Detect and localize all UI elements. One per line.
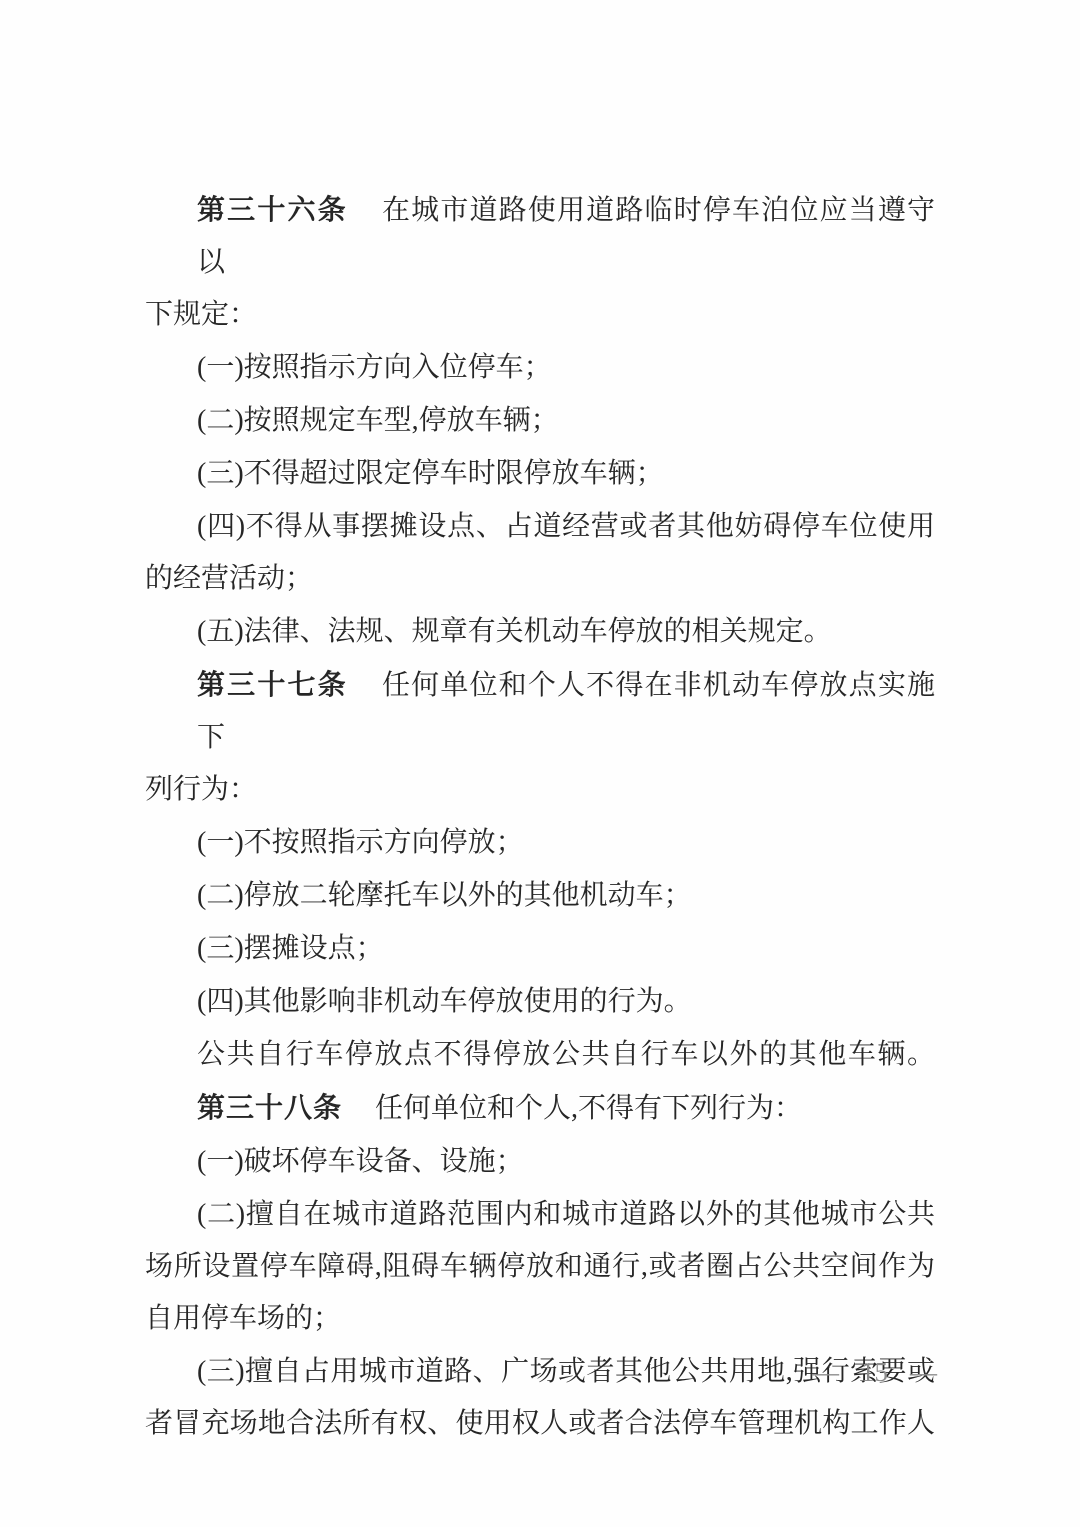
- text-line: (四)其他影响非机动车停放使用的行为。: [145, 976, 935, 1028]
- line-text: (四)其他影响非机动车停放使用的行为。: [197, 986, 692, 1017]
- line-text: 自用停车场的；: [145, 1303, 341, 1334]
- paragraph: 第三十八条 任何单位和个人,不得有下列行为：: [145, 1082, 935, 1135]
- paragraph: (三)摆摊设点；: [145, 923, 935, 975]
- text-line: 的经营活动；: [145, 553, 935, 605]
- footer-dash-left: —: [812, 1357, 839, 1388]
- line-text: (二)擅自在城市道路范围内和城市道路以外的其他城市公共: [197, 1199, 935, 1230]
- text-line: 下规定：: [145, 289, 935, 341]
- line-text: (一)不按照指示方向停放；: [197, 827, 524, 858]
- paragraph: 公共自行车停放点不得停放公共自行车以外的其他车辆。: [145, 1029, 935, 1081]
- text-line: (二)按照规定车型,停放车辆；: [145, 395, 935, 447]
- text-line: 自用停车场的；: [145, 1293, 935, 1345]
- text-line: (二)擅自在城市道路范围内和城市道路以外的其他城市公共: [145, 1189, 935, 1241]
- document-body: 第三十六条 在城市道路使用道路临时停车泊位应当遵守以 下规定： (一)按照指示方…: [145, 184, 935, 1451]
- paragraph: (一)不按照指示方向停放；: [145, 817, 935, 869]
- text-line: (一)不按照指示方向停放；: [145, 817, 935, 869]
- document-page: 第三十六条 在城市道路使用道路临时停车泊位应当遵守以 下规定： (一)按照指示方…: [0, 0, 1080, 1527]
- text-line: (五)法律、法规、规章有关机动车停放的相关规定。: [145, 606, 935, 658]
- line-text: (一)按照指示方向入位停车；: [197, 352, 552, 383]
- text-line: (三)不得超过限定停车时限停放车辆；: [145, 448, 935, 500]
- article-number: 第三十六条: [197, 194, 348, 225]
- paragraph: (四)不得从事摆摊设点、占道经营或者其他妨碍停车位使用 的经营活动；: [145, 501, 935, 605]
- text-line: (一)按照指示方向入位停车；: [145, 342, 935, 394]
- text-line: (二)停放二轮摩托车以外的其他机动车；: [145, 870, 935, 922]
- line-text: 任何单位和个人,不得有下列行为：: [375, 1093, 802, 1124]
- line-text: 者冒充场地合法所有权、使用权人或者合法停车管理机构工作人: [145, 1408, 935, 1439]
- paragraph: (五)法律、法规、规章有关机动车停放的相关规定。: [145, 606, 935, 658]
- line-text: 下规定：: [145, 299, 257, 330]
- line-text: (二)按照规定车型,停放车辆；: [197, 405, 559, 436]
- paragraph: (四)其他影响非机动车停放使用的行为。: [145, 976, 935, 1028]
- line-text: (一)破坏停车设备、设施；: [197, 1146, 524, 1177]
- line-text: (二)停放二轮摩托车以外的其他机动车；: [197, 880, 692, 911]
- line-text: (三)不得超过限定停车时限停放车辆；: [197, 458, 664, 489]
- line-text: (五)法律、法规、规章有关机动车停放的相关规定。: [197, 616, 832, 647]
- paragraph: (三)不得超过限定停车时限停放车辆；: [145, 448, 935, 500]
- paragraph: 第三十七条 任何单位和个人不得在非机动车停放点实施下 列行为：: [145, 659, 935, 816]
- paragraph: (二)擅自在城市道路范围内和城市道路以外的其他城市公共 场所设置停车障碍,阻碍车…: [145, 1189, 935, 1345]
- paragraph: (一)破坏停车设备、设施；: [145, 1136, 935, 1188]
- line-text: 场所设置停车障碍,阻碍车辆停放和通行,或者圈占公共空间作为: [145, 1251, 935, 1282]
- text-line: 第三十八条 任何单位和个人,不得有下列行为：: [145, 1082, 935, 1135]
- paragraph: 第三十六条 在城市道路使用道路临时停车泊位应当遵守以 下规定：: [145, 184, 935, 341]
- line-text: (四)不得从事摆摊设点、占道经营或者其他妨碍停车位使用: [197, 511, 935, 542]
- line-text: 公共自行车停放点不得停放公共自行车以外的其他车辆。: [197, 1039, 935, 1070]
- text-line: 者冒充场地合法所有权、使用权人或者合法停车管理机构工作人: [145, 1398, 935, 1450]
- text-line: 第三十七条 任何单位和个人不得在非机动车停放点实施下: [145, 659, 935, 764]
- text-line: 第三十六条 在城市道路使用道路临时停车泊位应当遵守以: [145, 184, 935, 289]
- text-line: (四)不得从事摆摊设点、占道经营或者其他妨碍停车位使用: [145, 501, 935, 553]
- line-text: 列行为：: [145, 774, 257, 805]
- paragraph: (一)按照指示方向入位停车；: [145, 342, 935, 394]
- page-footer: — 15 —: [812, 1346, 937, 1398]
- text-line: (一)破坏停车设备、设施；: [145, 1136, 935, 1188]
- text-line: (三)摆摊设点；: [145, 923, 935, 975]
- line-text: 的经营活动；: [145, 563, 313, 594]
- text-line: 公共自行车停放点不得停放公共自行车以外的其他车辆。: [145, 1029, 935, 1081]
- text-line: 场所设置停车障碍,阻碍车辆停放和通行,或者圈占公共空间作为: [145, 1241, 935, 1293]
- article-number: 第三十七条: [197, 669, 348, 700]
- page-number: 15: [861, 1357, 888, 1388]
- line-text: (三)摆摊设点；: [197, 933, 384, 964]
- article-number: 第三十八条: [197, 1092, 342, 1123]
- text-line: 列行为：: [145, 764, 935, 816]
- paragraph: (二)按照规定车型,停放车辆；: [145, 395, 935, 447]
- paragraph: (二)停放二轮摩托车以外的其他机动车；: [145, 870, 935, 922]
- footer-dash-right: —: [910, 1357, 937, 1388]
